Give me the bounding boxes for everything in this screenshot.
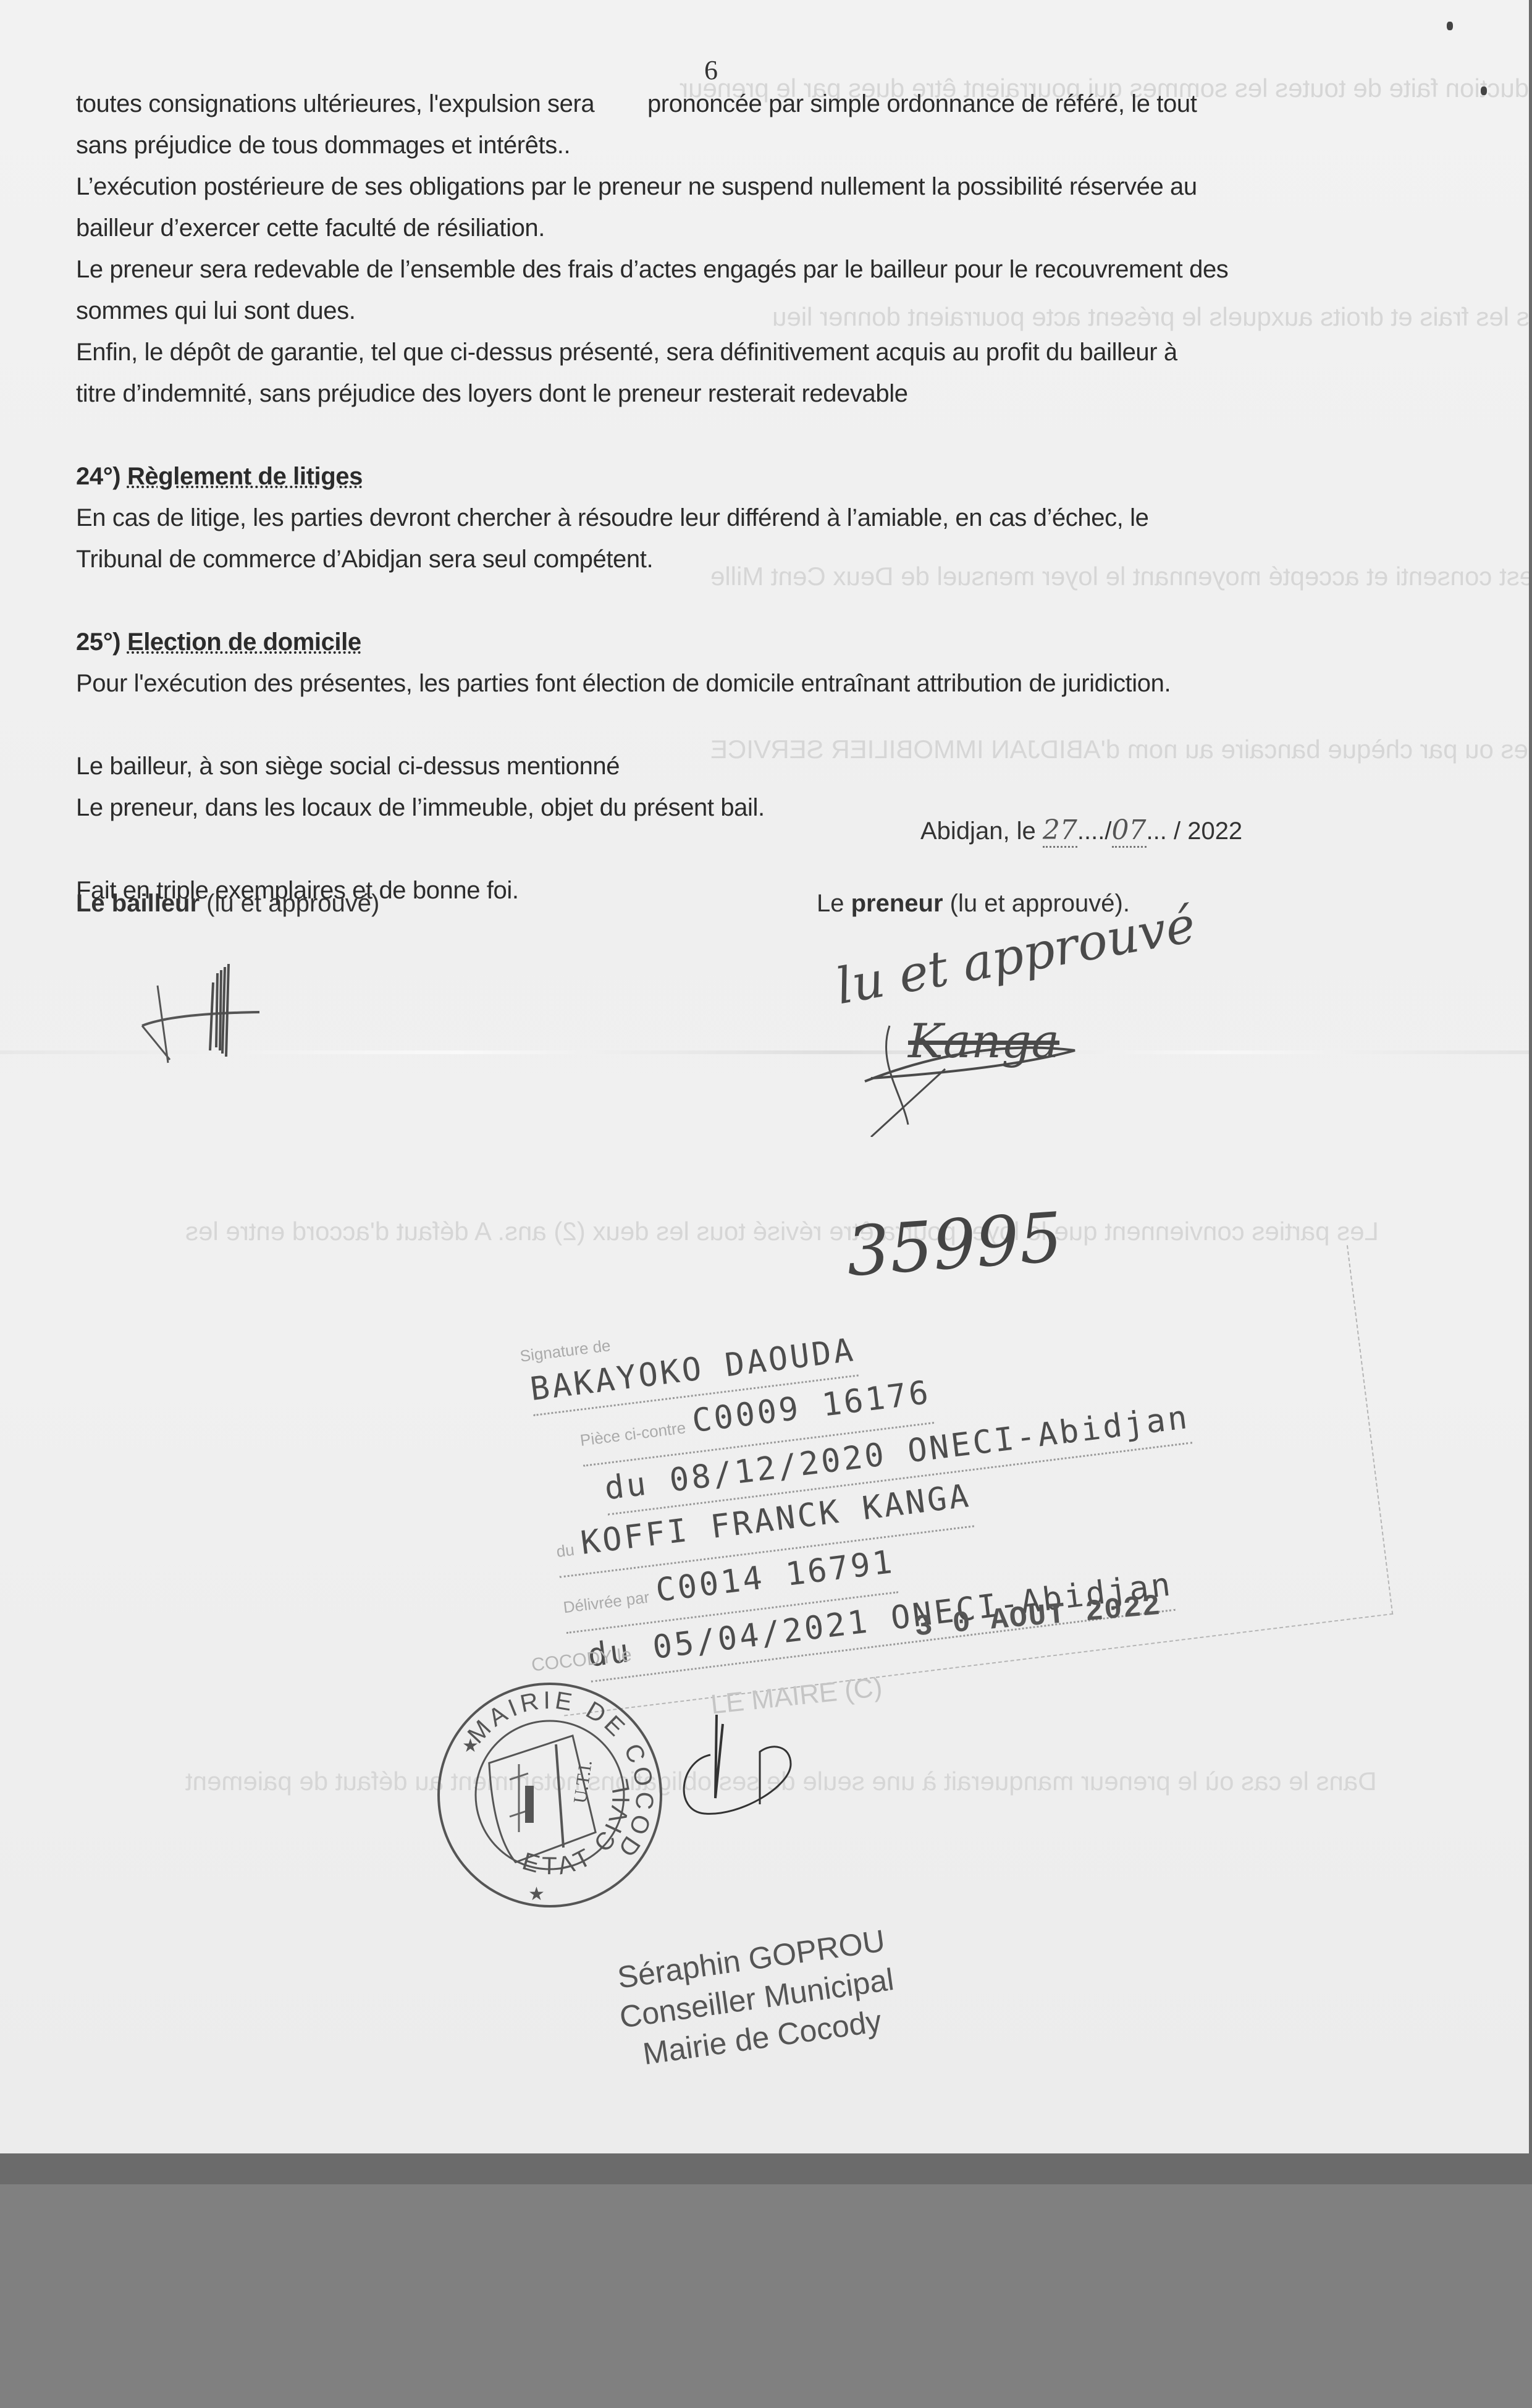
- register-number: 35995: [844, 1198, 1065, 1291]
- date-year: / 2022: [1174, 817, 1242, 845]
- bleed-through-text: Les parties conviennent que le loyer pou…: [185, 1211, 1379, 1252]
- punch-mark: [1481, 87, 1487, 95]
- mairie-official-stamp: MAIRIE DE COCODY RCI ETAT CIVIL ★ ★ U.T.…: [426, 1671, 673, 1919]
- paragraph-line: En cas de litige, les parties devront ch…: [76, 497, 1373, 539]
- svg-text:MAIRIE DE COCODY RCI: MAIRIE DE COCODY RCI: [434, 1671, 673, 1865]
- paragraph-line: sans préjudice de tous dommages et intér…: [76, 125, 1373, 166]
- preneur-signature-strokes: [852, 1013, 1112, 1137]
- paragraph-line: Enfin, le dépôt de garantie, tel que ci-…: [76, 332, 1373, 373]
- section-title: Règlement de litiges: [127, 463, 363, 490]
- paragraph-line: Pour l'exécution des présentes, les part…: [76, 663, 1373, 704]
- scanned-document-page: disposition du bailleur, sans intérêt, d…: [0, 0, 1529, 2153]
- paragraph-line: Tribunal de commerce d’Abidjan sera seul…: [76, 539, 1373, 580]
- paragraph-line: titre d’indemnité, sans préjudice des lo…: [76, 373, 1373, 415]
- bailleur-domicile: Le bailleur, à son siège social ci-dessu…: [76, 746, 1373, 787]
- officer-name-stamp: Séraphin GOPROU Conseiller Municipal Mai…: [612, 1920, 902, 2076]
- section-number: 25°): [76, 628, 120, 656]
- paragraph-line: L’exécution postérieure de ses obligatio…: [76, 166, 1373, 208]
- svg-text:U.T.I.: U.T.I.: [570, 1759, 596, 1804]
- paragraph-line: Le preneur sera redevable de l’ensemble …: [76, 249, 1373, 290]
- svg-text:★: ★: [462, 1736, 479, 1756]
- date-prefix: Abidjan, le: [920, 817, 1036, 845]
- body-text: toutes consignations ultérieures, l'expu…: [76, 83, 1373, 911]
- section-24-heading: 24°) Règlement de litiges: [76, 456, 1373, 497]
- bailleur-signature-label: Le bailleur (lu et approuvé): [76, 890, 379, 918]
- date-day: 27: [1043, 814, 1077, 848]
- svg-text:★: ★: [528, 1884, 545, 1904]
- date-line: Abidjan, le 27..../07... / 2022: [920, 814, 1242, 846]
- section-25-heading: 25°) Election de domicile: [76, 622, 1373, 663]
- legalization-block: Signature de BAKAYOKO DAOUDA Pièce ci-co…: [519, 1245, 1393, 1716]
- section-number: 24°): [76, 463, 120, 490]
- paragraph-line: toutes consignations ultérieures, l'expu…: [76, 83, 1373, 125]
- paragraph-line: sommes qui lui sont dues.: [76, 290, 1373, 332]
- bailleur-signature: [124, 945, 321, 1088]
- scanner-shadow-band: [0, 2153, 1532, 2184]
- official-signature: [667, 1705, 803, 1829]
- paragraph-line: bailleur d’exercer cette faculté de rési…: [76, 208, 1373, 249]
- preneur-signature-label: Le preneur (lu et approuvé).: [817, 890, 1130, 918]
- section-title: Election de domicile: [127, 628, 361, 656]
- page-edge: [1529, 0, 1532, 2153]
- punch-mark: [1447, 22, 1453, 30]
- page-number: 6: [704, 54, 718, 86]
- date-month: 07: [1112, 814, 1147, 848]
